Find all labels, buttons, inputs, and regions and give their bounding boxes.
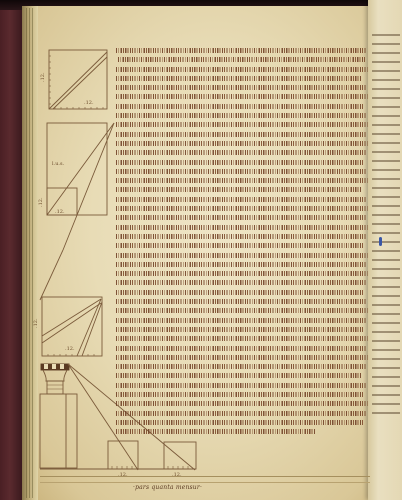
scale-label: .12. [172, 472, 182, 478]
manuscript-text [116, 46, 372, 436]
scale-label-side: .12. [38, 197, 44, 207]
page-bottom-rule [40, 476, 370, 477]
scale-label-side: .12. [40, 72, 46, 82]
scale-label: .12. [55, 209, 65, 215]
scale-label: .12. [118, 472, 128, 478]
page-bottom-rule [40, 482, 370, 483]
tower-brick [47, 381, 63, 394]
scale-label: .12. [65, 346, 75, 352]
inner-label: l.u.s. [52, 161, 65, 167]
small-square-right [164, 442, 196, 469]
scale-label: .12. [84, 100, 94, 106]
footer-caption: ·pars quanta mensur· [133, 484, 202, 491]
tower-body [40, 394, 77, 468]
scale-label-side: .12. [33, 318, 39, 328]
small-square-left [108, 441, 138, 469]
